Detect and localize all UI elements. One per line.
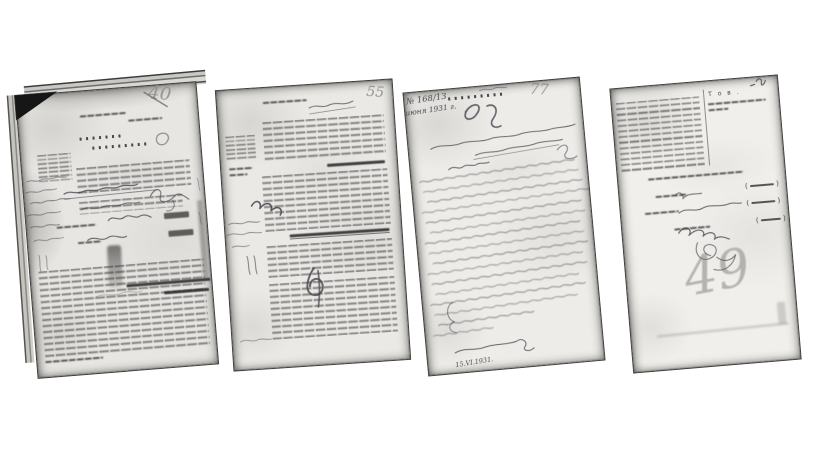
document-3-scan[interactable]: № 168/13 июня 1931 г. 77 15.VI.1931.	[402, 77, 605, 377]
document-1-scan[interactable]: 40	[15, 81, 219, 379]
document-4-scan[interactable]: Т о в . 49	[609, 74, 801, 373]
handwritten-signatures	[610, 76, 800, 373]
handwritten-annotations	[216, 79, 410, 370]
document-2-scan[interactable]: 55	[215, 78, 411, 371]
handwritten-body-lines	[404, 78, 605, 376]
handwritten-annotations	[16, 82, 218, 378]
scanned-documents-board: 40	[0, 0, 820, 450]
